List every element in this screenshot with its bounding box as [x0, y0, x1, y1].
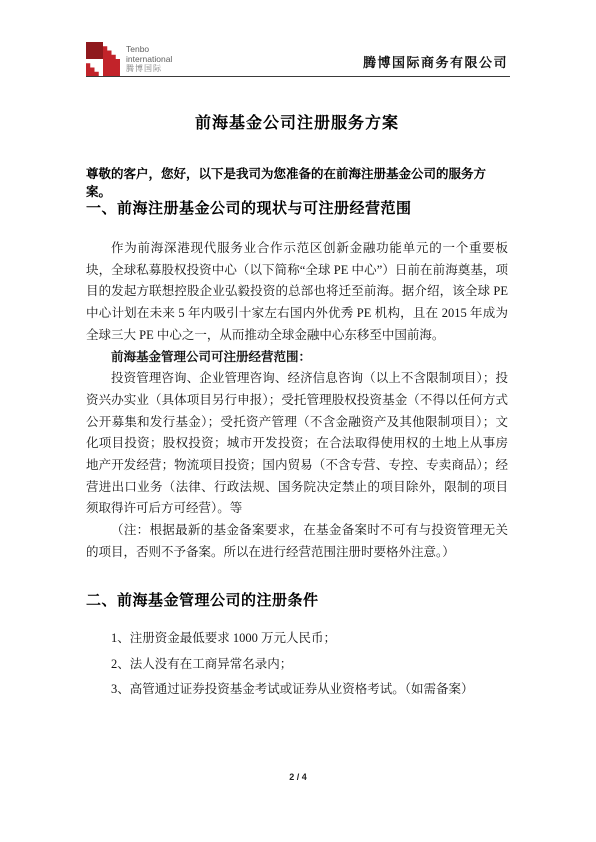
tenbo-logo-icon: [86, 42, 120, 76]
logo-wordmark: Tenbo international 腾博国际: [126, 42, 172, 74]
logo-brand-chinese: 腾博国际: [126, 64, 172, 74]
section-1-paragraph-1: 作为前海深港现代服务业合作示范区创新金融功能单元的一个重要板块，全球私募股权投资…: [86, 238, 508, 347]
section-2-heading: 二、前海基金管理公司的注册条件: [86, 590, 508, 612]
list-item-2: 2、法人没有在工商异常名录内；: [86, 654, 508, 675]
section-1-paragraph-2: 投资管理咨询、企业管理咨询、经济信息咨询（以上不含限制项目）；投资兴办实业（具体…: [86, 368, 508, 520]
list-item-1: 1、注册资金最低要求 1000 万元人民币；: [86, 628, 508, 649]
section-1-subheading: 前海基金管理公司可注册经营范围：: [86, 347, 508, 369]
logo-brand-line2: international: [126, 54, 172, 64]
document-title: 前海基金公司注册服务方案: [86, 113, 508, 135]
logo-brand-line1: Tenbo: [126, 44, 172, 54]
document-header: Tenbo international 腾博国际 腾博国际商务有限公司: [86, 38, 508, 76]
document-page: Tenbo international 腾博国际 腾博国际商务有限公司 前海基金…: [0, 0, 596, 842]
header-divider: [86, 76, 510, 77]
section-1-heading: 一、前海注册基金公司的现状与可注册经营范围: [86, 198, 508, 220]
page-number: 2 / 4: [0, 772, 596, 782]
section-2-list: 1、注册资金最低要求 1000 万元人民币； 2、法人没有在工商异常名录内； 3…: [86, 628, 508, 705]
list-item-3: 3、高管通过证券投资基金考试或证券从业资格考试。（如需备案）: [86, 679, 508, 700]
header-company-name: 腾博国际商务有限公司: [363, 52, 508, 76]
greeting-line: 尊敬的客户，您好，以下是我司为您准备的在前海注册基金公司的服务方案。: [86, 165, 508, 201]
company-logo: Tenbo international 腾博国际: [86, 42, 172, 76]
section-1-body: 作为前海深港现代服务业合作示范区创新金融功能单元的一个重要板块，全球私募股权投资…: [86, 238, 508, 564]
section-1-note: （注：根据最新的基金备案要求，在基金备案时不可有与投资管理无关的项目，否则不予备…: [86, 520, 508, 563]
